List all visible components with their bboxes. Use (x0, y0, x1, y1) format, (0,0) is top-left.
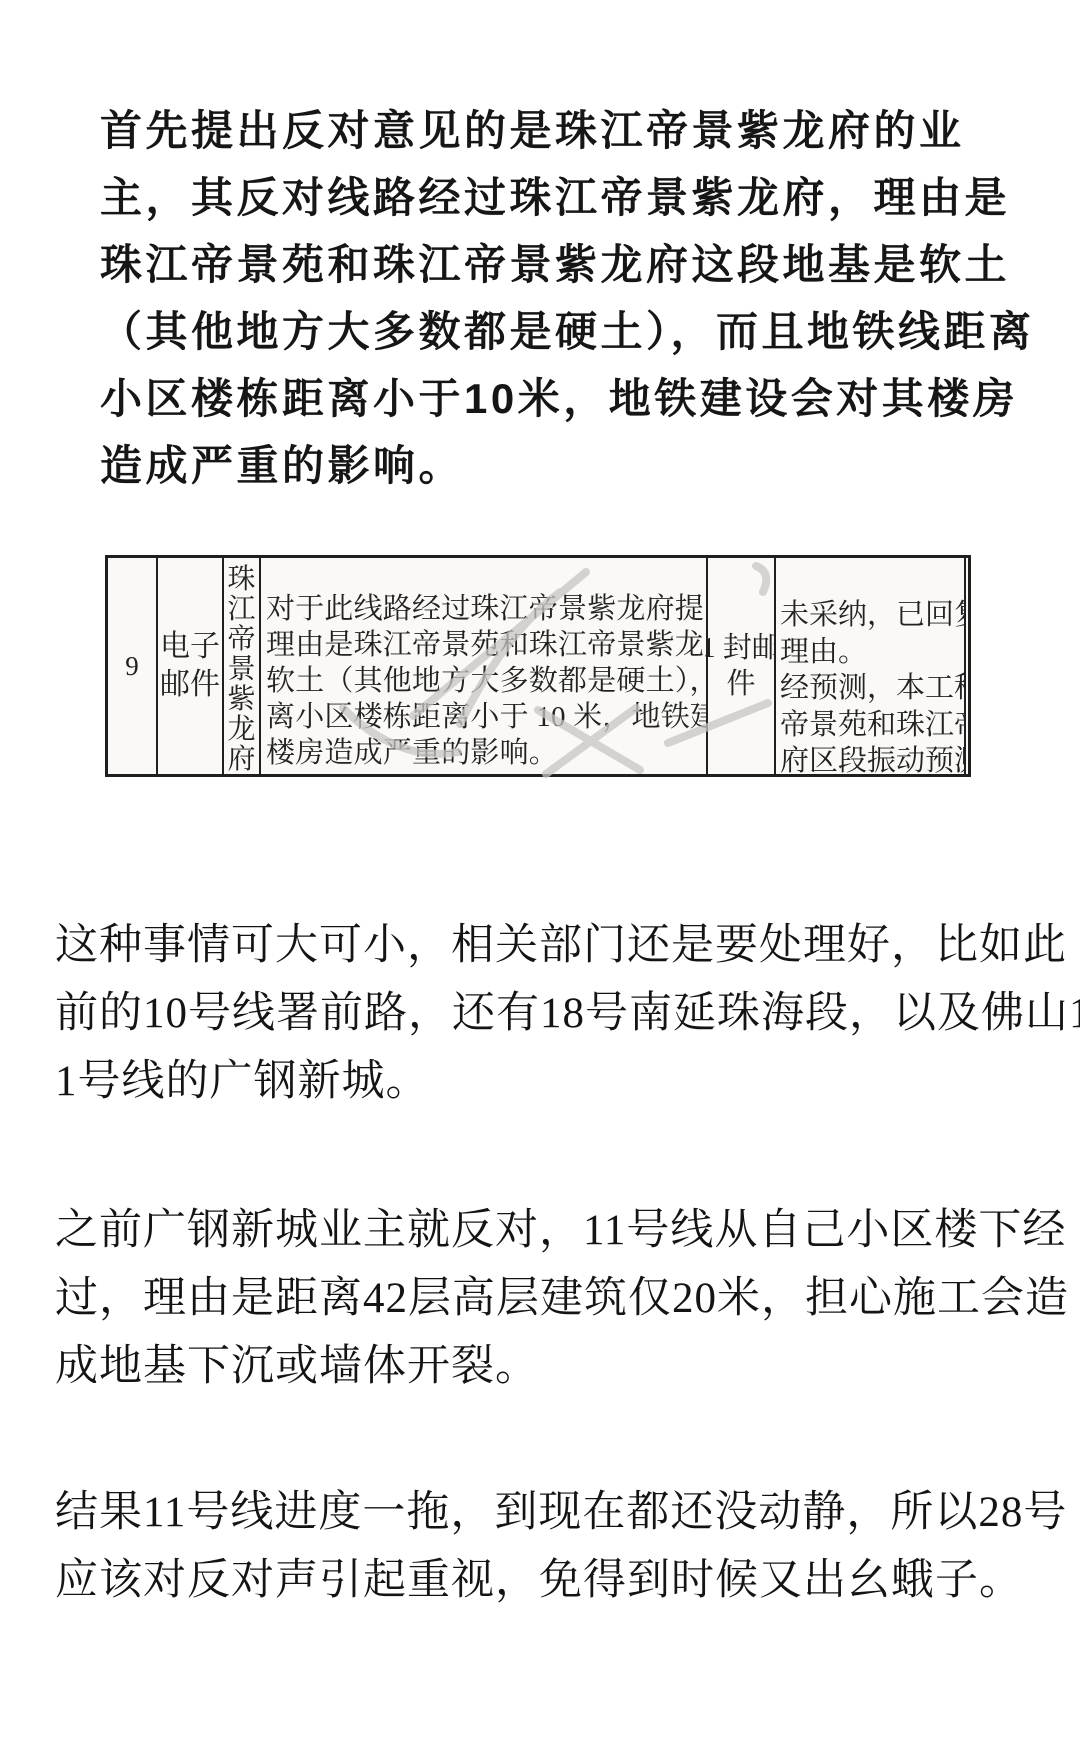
article-paragraph-4: 结果11号线进度一拖，到现在都还没动静，所以28号应该对反对声引起重视，免得到时… (55, 1479, 1055, 1615)
text-line: 未采纳，已回复建议人 (780, 597, 962, 634)
article-paragraph-3: 之前广钢新城业主就反对，11号线从自己小区楼下经过，理由是距离42层高层建筑仅2… (55, 1197, 1055, 1401)
text-line: 邮件 (160, 666, 220, 704)
text-line: 造成严重的影响。 (100, 432, 1010, 499)
text-line: 珠江帝景苑和珠江帝景紫龙府这段地基是软土 (100, 231, 1010, 298)
text-line: 龙 (227, 715, 255, 745)
text-line: 前的10号线署前路，还有18号南延珠海段，以及佛山1 (55, 980, 1055, 1048)
text-line: 1 封邮 (708, 630, 776, 666)
table-cell-channel: 电子邮件 (158, 558, 224, 774)
text-line: 理由是珠江帝景苑和珠江帝景紫龙府这段地基是 (266, 627, 704, 663)
table-cell-row-number: 9 (108, 558, 158, 774)
text-line: 这种事情可大可小，相关部门还是要处理好，比如此 (55, 912, 1055, 980)
table-cell-reply-text: 未采纳，已回复建议人理由。经预测，本工程在珠江帝景苑和珠江帝景紫龙府区段振动预测… (776, 558, 966, 774)
text-line: 软土（其他地方大多数都是硬土），而且地铁线距 (266, 663, 704, 699)
text-line: （其他地方大多数都是硬土），而且地铁线距离 (100, 298, 1010, 365)
text-line: 楼房造成严重的影响。 (266, 735, 704, 771)
table-cell-community-vertical: 珠江帝景紫龙府 (224, 558, 261, 774)
text-line: 理由。 (780, 634, 962, 671)
text-line: 江 (227, 595, 255, 625)
text-line: 结果11号线进度一拖，到现在都还没动静，所以28号 (55, 1479, 1055, 1547)
text-line: 府 (227, 745, 255, 774)
article-paragraph-2: 这种事情可大可小，相关部门还是要处理好，比如此前的10号线署前路，还有18号南延… (55, 912, 1055, 1116)
text-line: 小区楼栋距离小于10米，地铁建设会对其楼房 (100, 365, 1010, 432)
text-line: 紫 (227, 685, 255, 715)
text-line: 电子 (160, 628, 220, 666)
article-page: 首先提出反对意见的是珠江帝景紫龙府的业主，其反对线路经过珠江帝景紫龙府，理由是珠… (0, 0, 1080, 1760)
text-line: 成地基下沉或墙体开裂。 (55, 1333, 1055, 1401)
text-line: 1号线的广钢新城。 (55, 1048, 1055, 1116)
text-line: 之前广钢新城业主就反对，11号线从自己小区楼下经 (55, 1197, 1055, 1265)
text-line: 主，其反对线路经过珠江帝景紫龙府，理由是 (100, 164, 1010, 231)
article-paragraph-lead: 首先提出反对意见的是珠江帝景紫龙府的业主，其反对线路经过珠江帝景紫龙府，理由是珠… (100, 97, 1010, 499)
text-line: 经预测，本工程在珠江 (780, 670, 962, 707)
text-line: 首先提出反对意见的是珠江帝景紫龙府的业 (100, 97, 1010, 164)
text-line: 离小区楼栋距离小于 10 米，地铁建设会对我们的 (266, 699, 704, 735)
text-line: 景 (227, 655, 255, 685)
text-line: 过，理由是距离42层高层建筑仅20米，担心施工会造 (55, 1265, 1055, 1333)
text-line: 件 (726, 666, 755, 702)
text-line: 对于此线路经过珠江帝景紫龙府提出反对意见， (266, 591, 704, 627)
text-line: 帝景苑和珠江帝景紫龙 (780, 707, 962, 744)
text-line: 帝 (227, 625, 255, 655)
table-cell-mail-count: 1 封邮件 (708, 558, 776, 774)
text-line: 珠 (227, 565, 255, 595)
table-cell-opinion-text: 对于此线路经过珠江帝景紫龙府提出反对意见，理由是珠江帝景苑和珠江帝景紫龙府这段地… (261, 558, 708, 774)
text-line: 应该对反对声引起重视，免得到时候又出幺蛾子。 (55, 1547, 1055, 1615)
text-line: 府区段振动预测值达 (780, 743, 962, 774)
feedback-table: 9 电子邮件 珠江帝景紫龙府 对于此线路经过珠江帝景紫龙府提出反对意见，理由是珠… (105, 555, 971, 777)
